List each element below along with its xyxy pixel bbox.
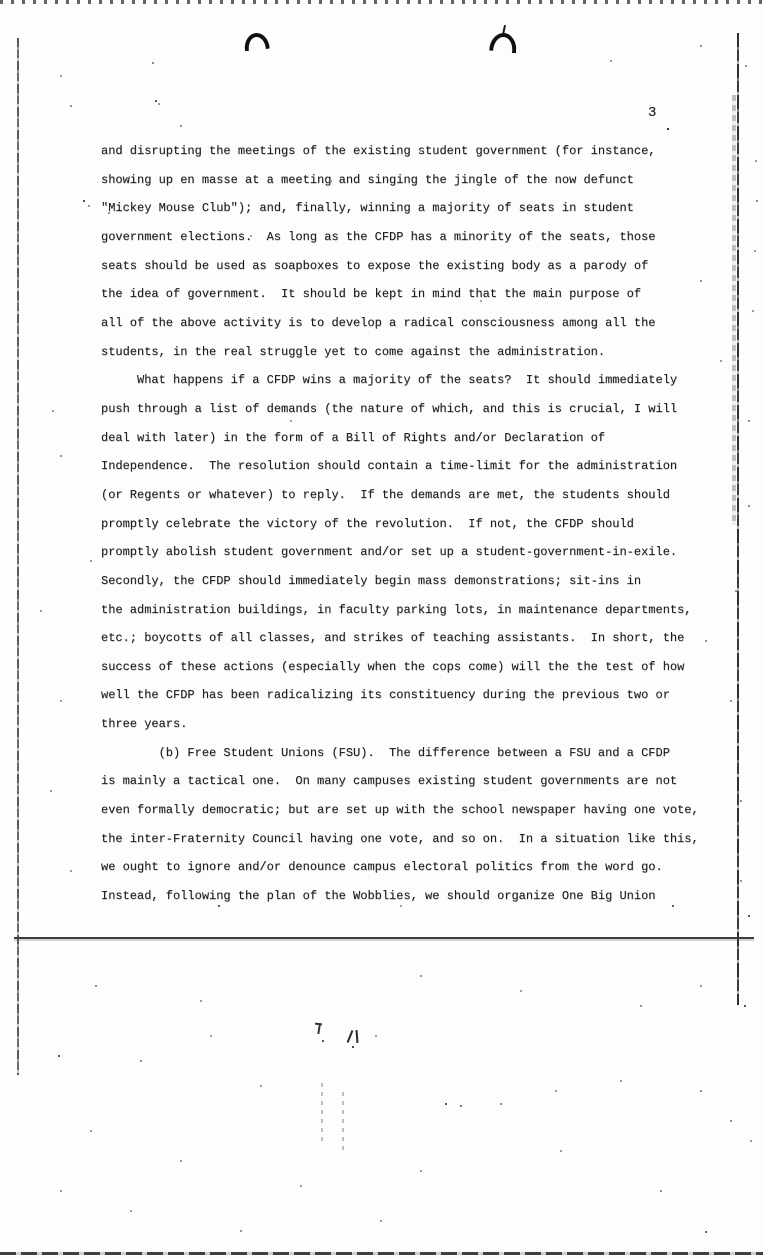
scan-top-perforation-edge	[0, 0, 763, 4]
scan-bottom-perforation-edge	[0, 1252, 763, 1255]
left-edge-scan-line	[17, 38, 19, 1075]
scan-noise-mark	[356, 1030, 359, 1043]
scanned-document-page: 3 and disrupting the meetings of the exi…	[0, 0, 763, 1259]
scan-noise-dark-speckles	[0, 0, 2, 2]
scan-noise-mark	[347, 1030, 354, 1043]
page-bottom-scan-line	[14, 937, 754, 939]
scan-noise-mark	[317, 1025, 320, 1034]
scan-noise-streak	[342, 1092, 344, 1154]
page-number: 3	[648, 105, 656, 121]
scan-noise-streak	[321, 1083, 323, 1143]
staple-mark-left-icon	[243, 32, 270, 52]
document-body-text: and disrupting the meetings of the exist…	[101, 137, 741, 911]
